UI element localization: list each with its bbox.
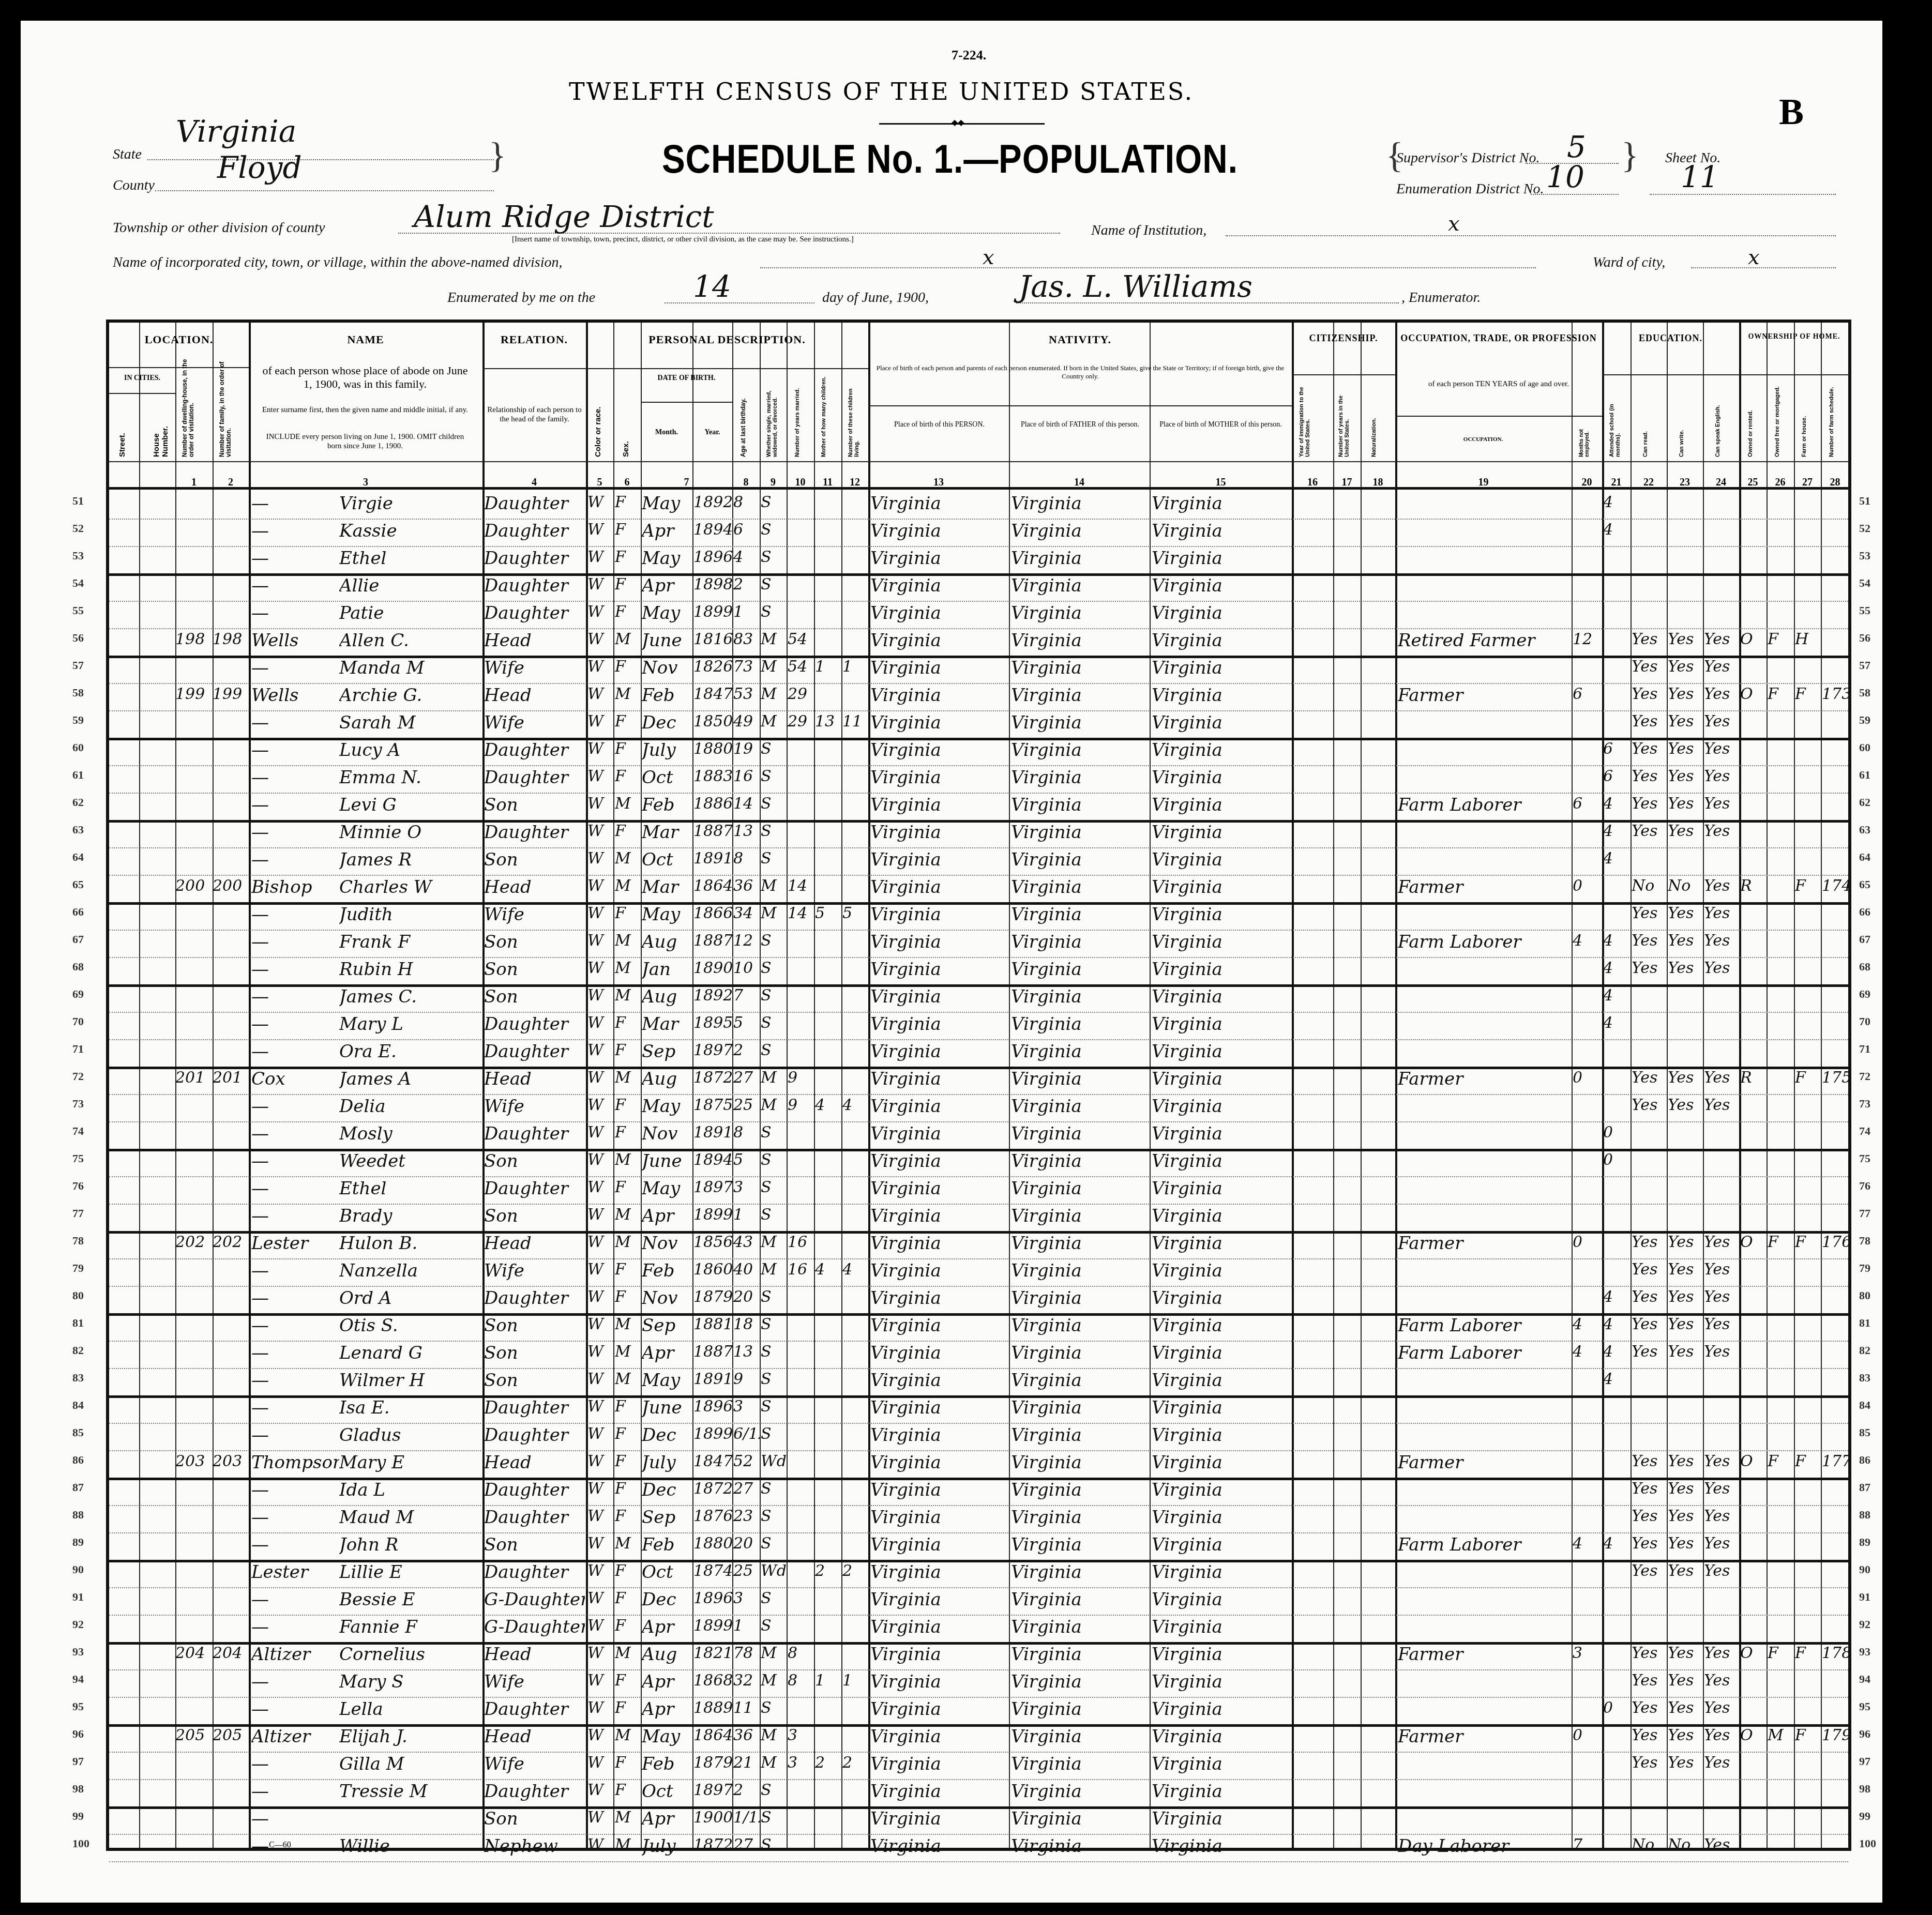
- cell-surname: —: [251, 1589, 339, 1610]
- cell-rel: Daughter: [484, 521, 585, 541]
- cell-sex: F: [615, 1754, 641, 1772]
- cell-bp: Virginia: [870, 986, 1007, 1007]
- cell-free: F: [1768, 685, 1794, 703]
- cell-given: Ethel: [339, 548, 481, 569]
- cell-bf: Virginia: [1011, 1507, 1148, 1528]
- cell-school: 0: [1603, 1151, 1631, 1169]
- day-line: [665, 302, 814, 303]
- cell-ms: S: [761, 1178, 787, 1196]
- cell-color: W: [587, 575, 613, 594]
- cell-surname: —: [251, 1096, 339, 1117]
- cell-unemp: 4: [1573, 1534, 1602, 1553]
- cell-bf: Virginia: [1011, 1781, 1148, 1802]
- cell-ms: S: [761, 521, 787, 539]
- cell-eng: Yes: [1704, 1562, 1739, 1580]
- cell-sex: F: [615, 1781, 641, 1799]
- cell-bm: Virginia: [1152, 1452, 1290, 1473]
- cell-given: James R: [339, 849, 481, 870]
- cell-ms: S: [761, 1370, 787, 1388]
- city-value: x: [983, 246, 994, 269]
- col-num: 17: [1333, 477, 1361, 489]
- cell-write: Yes: [1668, 685, 1703, 703]
- cell-occ: Farmer: [1398, 1726, 1572, 1747]
- cell-bm: Virginia: [1152, 1315, 1290, 1336]
- cell-bm: Virginia: [1152, 959, 1290, 980]
- district-brace-right: }: [1621, 135, 1639, 177]
- table-row: —Ord ADaughterWFNov187920SVirginiaVirgin…: [109, 1286, 1848, 1316]
- cell-farm: H: [1795, 630, 1821, 648]
- cell-age: 10: [733, 959, 760, 977]
- table-row: —Frank FSonWMAug188712SVirginiaVirginiaV…: [109, 930, 1848, 958]
- cell-eng: Yes: [1704, 877, 1739, 895]
- table-row: 199199WellsArchie G.HeadWMFeb184753M29Vi…: [109, 683, 1848, 711]
- cell-cl: 2: [842, 1562, 868, 1580]
- sheet-letter: B: [1779, 90, 1804, 133]
- cell-sex: F: [615, 1014, 641, 1032]
- cell-age: 2: [733, 1041, 760, 1059]
- cell-bf: Virginia: [1011, 1480, 1148, 1500]
- col-num: 9: [760, 477, 787, 489]
- line-number-right: 86: [1859, 1453, 1870, 1467]
- cell-color: W: [587, 1425, 613, 1443]
- cell-eng: Yes: [1704, 1836, 1739, 1854]
- cell-cl: 1: [842, 1671, 868, 1690]
- cell-age: 8: [733, 849, 760, 868]
- cell-surname: —: [251, 932, 339, 952]
- cell-color: W: [587, 1260, 613, 1279]
- cell-rel: Wife: [484, 904, 585, 925]
- cell-write: Yes: [1668, 1233, 1703, 1251]
- line-number-right: 97: [1859, 1755, 1870, 1768]
- cell-bf: Virginia: [1011, 904, 1148, 925]
- cell-bm: Virginia: [1152, 1808, 1290, 1829]
- cell-own: O: [1740, 1452, 1767, 1470]
- cell-unemp: 12: [1573, 630, 1602, 648]
- cell-sched: 173: [1822, 685, 1850, 703]
- line-number-right: 68: [1859, 960, 1870, 974]
- line-number-left: 76: [72, 1179, 84, 1193]
- cell-year: 1896: [693, 1589, 732, 1607]
- line-number-right: 52: [1859, 522, 1870, 535]
- cell-rel: Son: [484, 849, 585, 870]
- cell-color: W: [587, 712, 613, 731]
- cell-school: 4: [1603, 849, 1631, 868]
- cell-bf: Virginia: [1011, 1151, 1148, 1172]
- line-number-left: 83: [72, 1371, 84, 1385]
- line-number-left: 66: [72, 905, 84, 919]
- cell-bp: Virginia: [870, 658, 1007, 678]
- cell-own: O: [1740, 1233, 1767, 1251]
- cell-unemp: 0: [1573, 877, 1602, 895]
- cell-bp: Virginia: [870, 1836, 1007, 1857]
- cell-own: O: [1740, 1726, 1767, 1744]
- cell-own: O: [1740, 1644, 1767, 1662]
- cell-bm: Virginia: [1152, 1041, 1290, 1062]
- cell-ms: M: [761, 1726, 787, 1744]
- cell-write: Yes: [1668, 904, 1703, 922]
- cell-school: 4: [1603, 822, 1631, 840]
- group-location: LOCATION.: [109, 333, 249, 346]
- cell-month: May: [642, 1370, 692, 1391]
- line-number-left: 99: [72, 1810, 84, 1823]
- cell-bm: Virginia: [1152, 822, 1290, 843]
- cell-bm: Virginia: [1152, 575, 1290, 596]
- cell-age: 19: [733, 740, 760, 758]
- cell-surname: —: [251, 767, 339, 788]
- cell-year: 1890: [693, 959, 732, 977]
- cell-cl: 4: [842, 1096, 868, 1114]
- cell-age: 20: [733, 1534, 760, 1553]
- cell-color: W: [587, 1178, 613, 1196]
- cell-color: W: [587, 822, 613, 840]
- cell-mo: 13: [815, 712, 841, 731]
- cell-given: Ethel: [339, 1178, 481, 1199]
- cell-surname: Thompson: [251, 1452, 339, 1473]
- line-number-right: 87: [1859, 1481, 1870, 1494]
- cell-age: 12: [733, 932, 760, 950]
- cell-eng: Yes: [1704, 1343, 1739, 1361]
- cell-bf: Virginia: [1011, 493, 1148, 514]
- cell-read: Yes: [1632, 1562, 1667, 1580]
- cell-write: No: [1668, 877, 1703, 895]
- cell-rel: Daughter: [484, 767, 585, 788]
- cell-ym: 14: [788, 904, 813, 922]
- cell-age: 52: [733, 1452, 760, 1470]
- line-number-left: 79: [72, 1262, 84, 1275]
- cell-surname: —: [251, 1480, 339, 1500]
- cell-bp: Virginia: [870, 1014, 1007, 1035]
- cell-month: Apr: [642, 1808, 692, 1829]
- line-number-left: 97: [72, 1755, 84, 1768]
- cell-year: 1899: [693, 1425, 732, 1443]
- cell-sex: F: [615, 767, 641, 785]
- line-number-left: 88: [72, 1508, 84, 1522]
- cell-given: Lucy A: [339, 740, 481, 761]
- cell-school: 4: [1603, 959, 1631, 977]
- cell-sex: F: [615, 1452, 641, 1470]
- cell-rel: Wife: [484, 1260, 585, 1281]
- cell-farm: F: [1795, 1233, 1821, 1251]
- table-row: —EthelDaughterWFMay18973SVirginiaVirgini…: [109, 1176, 1848, 1205]
- line-number-left: 56: [72, 631, 84, 645]
- cell-given: Willie: [339, 1836, 481, 1857]
- cell-color: W: [587, 1288, 613, 1306]
- cell-sex: M: [615, 849, 641, 868]
- cell-farm: F: [1795, 1644, 1821, 1662]
- cell-year: 1887: [693, 932, 732, 950]
- cell-ms: S: [761, 849, 787, 868]
- cell-ms: S: [761, 1151, 787, 1169]
- cell-mo: 1: [815, 1671, 841, 1690]
- line-number-right: 75: [1859, 1152, 1870, 1165]
- cell-color: W: [587, 1041, 613, 1059]
- cell-read: Yes: [1632, 685, 1667, 703]
- cell-sched: 174: [1822, 877, 1850, 895]
- table-row: —EthelDaughterWFMay18964SVirginiaVirgini…: [109, 546, 1848, 576]
- header-can-speak-english: Can speak English.: [1715, 379, 1721, 457]
- cell-given: Ida L: [339, 1480, 481, 1500]
- cell-bf: Virginia: [1011, 1041, 1148, 1062]
- cell-bm: Virginia: [1152, 1754, 1290, 1774]
- line-number-left: 59: [72, 713, 84, 727]
- cell-given: Nanzella: [339, 1260, 481, 1281]
- cell-given: Gladus: [339, 1425, 481, 1446]
- cell-school: 6: [1603, 767, 1631, 785]
- line-number-right: 81: [1859, 1316, 1870, 1330]
- cell-rel: Son: [484, 1315, 585, 1336]
- cell-month: July: [642, 1836, 692, 1857]
- header-can-write: Can write.: [1679, 379, 1685, 457]
- cell-school: 4: [1603, 1315, 1631, 1333]
- cell-ms: S: [761, 1534, 787, 1553]
- cell-year: 1892: [693, 986, 732, 1005]
- cell-month: Apr: [642, 1699, 692, 1720]
- line-number-right: 74: [1859, 1124, 1870, 1138]
- line-number-right: 94: [1859, 1673, 1870, 1686]
- cell-color: W: [587, 1617, 613, 1635]
- cell-bf: Virginia: [1011, 1206, 1148, 1226]
- cell-own: O: [1740, 685, 1767, 703]
- cell-sex: M: [615, 959, 641, 977]
- cell-sex: M: [615, 630, 641, 648]
- line-number-left: 89: [72, 1536, 84, 1549]
- cell-bp: Virginia: [870, 1425, 1007, 1446]
- cell-bm: Virginia: [1152, 1507, 1290, 1528]
- cell-sex: F: [615, 575, 641, 594]
- cell-color: W: [587, 493, 613, 511]
- cell-month: Feb: [642, 685, 692, 706]
- cell-sex: F: [615, 1123, 641, 1142]
- cell-own: O: [1740, 630, 1767, 648]
- cell-bm: Virginia: [1152, 767, 1290, 788]
- cell-bp: Virginia: [870, 1534, 1007, 1555]
- cell-dw: 204: [175, 1644, 213, 1662]
- cell-year: 1887: [693, 822, 732, 840]
- population-table: LOCATION. IN CITIES. NAME of each person…: [106, 320, 1851, 1851]
- line-number-left: 70: [72, 1015, 84, 1028]
- cell-bm: Virginia: [1152, 685, 1290, 706]
- cell-bf: Virginia: [1011, 767, 1148, 788]
- header-naturalization: Naturalization.: [1371, 379, 1377, 457]
- col-num: 6: [613, 477, 641, 489]
- cell-ms: Wd: [761, 1562, 787, 1580]
- col-num: 24: [1703, 477, 1739, 489]
- cell-sex: F: [615, 1507, 641, 1525]
- cell-unemp: 7: [1573, 1836, 1602, 1854]
- cell-bf: Virginia: [1011, 630, 1148, 651]
- cell-surname: —: [251, 493, 339, 514]
- cell-bp: Virginia: [870, 521, 1007, 541]
- line-number-left: 62: [72, 796, 84, 809]
- cell-ms: S: [761, 767, 787, 785]
- cell-given: Ora E.: [339, 1041, 481, 1062]
- cell-month: Aug: [642, 1644, 692, 1665]
- group-name: NAME: [249, 333, 482, 346]
- cell-write: Yes: [1668, 712, 1703, 731]
- cell-sex: M: [615, 1370, 641, 1388]
- cell-ms: M: [761, 630, 787, 648]
- line-number-right: 69: [1859, 987, 1870, 1001]
- cell-year: 1874: [693, 1562, 732, 1580]
- cell-occ: Farmer: [1398, 1644, 1572, 1665]
- cell-bp: Virginia: [870, 1589, 1007, 1610]
- cell-year: 1864: [693, 877, 732, 895]
- cell-color: W: [587, 1671, 613, 1690]
- cell-school: 0: [1603, 1123, 1631, 1142]
- col-num: 26: [1767, 477, 1794, 489]
- cell-rel: Nephew: [484, 1836, 585, 1857]
- cell-write: Yes: [1668, 1507, 1703, 1525]
- cell-color: W: [587, 685, 613, 703]
- table-row: —Manda MWifeWFNov182673M5411VirginiaVirg…: [109, 656, 1848, 684]
- header-can-read: Can read.: [1642, 379, 1649, 457]
- occupation-description: of each person TEN YEARS of age and over…: [1400, 379, 1597, 389]
- cell-bm: Virginia: [1152, 740, 1290, 761]
- cell-eng: Yes: [1704, 658, 1739, 676]
- cell-given: Delia: [339, 1096, 481, 1117]
- cell-given: Virgie: [339, 493, 481, 514]
- cell-given: Rubin H: [339, 959, 481, 980]
- cell-color: W: [587, 1562, 613, 1580]
- line-number-left: 61: [72, 768, 84, 782]
- cell-color: W: [587, 630, 613, 648]
- cell-read: Yes: [1632, 1069, 1667, 1087]
- cell-year: 1897: [693, 1781, 732, 1799]
- cell-write: Yes: [1668, 767, 1703, 785]
- cell-color: W: [587, 521, 613, 539]
- county-line: [155, 190, 494, 191]
- line-number-left: 93: [72, 1645, 84, 1659]
- cell-sched: 175: [1822, 1069, 1850, 1087]
- cell-year: 1864: [693, 1726, 732, 1744]
- line-number-left: 73: [72, 1097, 84, 1111]
- state-value: Virginia: [176, 114, 296, 149]
- cell-rel: G-Daughter: [484, 1589, 585, 1610]
- cell-bm: Virginia: [1152, 795, 1290, 815]
- cell-bf: Virginia: [1011, 712, 1148, 733]
- cell-year: 1898: [693, 575, 732, 594]
- cell-rel: Son: [484, 795, 585, 815]
- cell-bm: Virginia: [1152, 1343, 1290, 1363]
- cell-ms: M: [761, 1096, 787, 1114]
- line-number-left: 60: [72, 741, 84, 754]
- cell-bp: Virginia: [870, 1178, 1007, 1199]
- cell-ym: 29: [788, 712, 813, 731]
- cell-surname: —: [251, 1836, 339, 1857]
- cell-rel: Daughter: [484, 1699, 585, 1720]
- cell-read: Yes: [1632, 1233, 1667, 1251]
- cell-surname: —: [251, 1260, 339, 1281]
- cell-sex: F: [615, 1288, 641, 1306]
- cell-surname: —: [251, 1123, 339, 1144]
- cell-bp: Virginia: [870, 1370, 1007, 1391]
- cell-color: W: [587, 1480, 613, 1498]
- cell-rel: Head: [484, 877, 585, 898]
- cell-surname: Wells: [251, 630, 339, 651]
- header-family-number: Number of family, in the order of visita…: [219, 354, 232, 457]
- line-number-left: 72: [72, 1070, 84, 1083]
- header-years-in-us: Number of years in the United States.: [1338, 379, 1350, 457]
- cell-sex: F: [615, 603, 641, 621]
- header-rule: [482, 368, 868, 369]
- header-farm-house: Farm or house.: [1801, 379, 1807, 457]
- cell-mo: 4: [815, 1096, 841, 1114]
- cell-color: W: [587, 1343, 613, 1361]
- cell-given: Mary S: [339, 1671, 481, 1692]
- cell-bm: Virginia: [1152, 493, 1290, 514]
- enumerator-name: Jas. L. Williams: [1019, 269, 1252, 304]
- cell-bp: Virginia: [870, 712, 1007, 733]
- cell-rel: Head: [484, 1644, 585, 1665]
- cell-given: Otis S.: [339, 1315, 481, 1336]
- city-line: [760, 267, 1536, 268]
- group-nativity: NATIVITY.: [868, 333, 1292, 346]
- cell-given: Weedet: [339, 1151, 481, 1172]
- line-number-right: 99: [1859, 1810, 1870, 1823]
- cell-month: Mar: [642, 822, 692, 843]
- cell-bf: Virginia: [1011, 1808, 1148, 1829]
- cell-color: W: [587, 904, 613, 922]
- cell-rel: Son: [484, 1808, 585, 1829]
- sheet-line: [1650, 194, 1836, 195]
- cell-rel: Daughter: [484, 1288, 585, 1309]
- cell-month: June: [642, 1397, 692, 1418]
- cell-given: Emma N.: [339, 767, 481, 788]
- line-number-left: 91: [72, 1590, 84, 1604]
- cell-bm: Virginia: [1152, 1123, 1290, 1144]
- cell-sex: F: [615, 658, 641, 676]
- cell-surname: —: [251, 904, 339, 925]
- group-ownership: OWNERSHIP OF HOME.: [1739, 333, 1849, 341]
- cell-bf: Virginia: [1011, 1014, 1148, 1035]
- cell-ym: 9: [788, 1096, 813, 1114]
- cell-color: W: [587, 1781, 613, 1799]
- cell-rel: Daughter: [484, 1397, 585, 1418]
- cell-eng: Yes: [1704, 1233, 1739, 1251]
- cell-bp: Virginia: [870, 548, 1007, 569]
- cell-given: Judith: [339, 904, 481, 925]
- cell-write: Yes: [1668, 1644, 1703, 1662]
- cell-year: 1872: [693, 1836, 732, 1854]
- cell-bm: Virginia: [1152, 1617, 1290, 1637]
- cell-eng: Yes: [1704, 1754, 1739, 1772]
- cell-bf: Virginia: [1011, 1754, 1148, 1774]
- line-number-left: 65: [72, 878, 84, 891]
- cell-bf: Virginia: [1011, 1617, 1148, 1637]
- cell-eng: Yes: [1704, 1260, 1739, 1279]
- col-num: 5: [586, 477, 613, 489]
- cell-month: Apr: [642, 1617, 692, 1637]
- cell-write: Yes: [1668, 1260, 1703, 1279]
- cell-month: Oct: [642, 1562, 692, 1583]
- cell-occ: Farmer: [1398, 685, 1572, 706]
- cell-age: 49: [733, 712, 760, 731]
- cell-rel: Head: [484, 1726, 585, 1747]
- cell-bm: Virginia: [1152, 1288, 1290, 1309]
- cell-color: W: [587, 658, 613, 676]
- township-label: Township or other division of county: [113, 220, 325, 236]
- cell-surname: —: [251, 1206, 339, 1226]
- cell-month: June: [642, 630, 692, 651]
- line-number-left: 57: [72, 659, 84, 672]
- header-age: Age at last birthday.: [740, 374, 747, 457]
- cell-school: 4: [1603, 1014, 1631, 1032]
- cell-ms: S: [761, 1014, 787, 1032]
- cell-rel: Son: [484, 1534, 585, 1555]
- cell-color: W: [587, 1507, 613, 1525]
- line-number-right: 77: [1859, 1207, 1870, 1220]
- cell-surname: —: [251, 849, 339, 870]
